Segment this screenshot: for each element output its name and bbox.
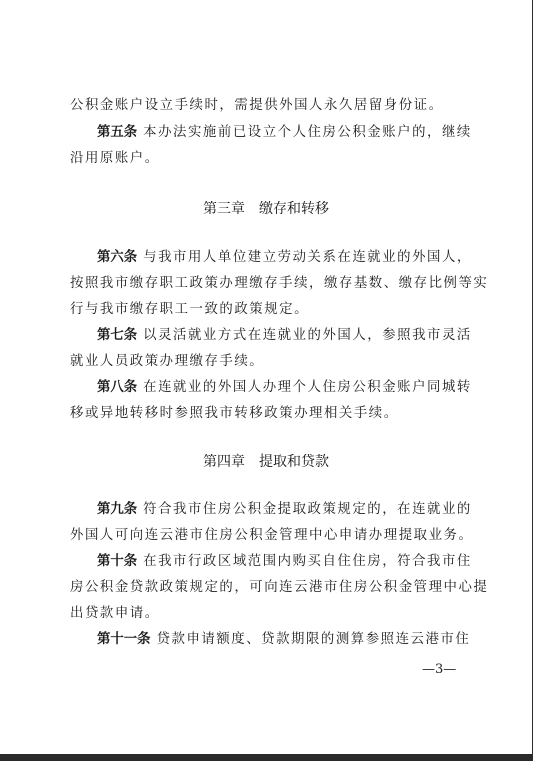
chapter-4-heading: 第四章提取和贷款 <box>0 453 532 471</box>
document-page: 公积金账户设立手续时，需提供外国人永久居留身份证。 第五条本办法实施前已设立个人… <box>0 0 532 754</box>
article-9-line-2: 外国人可向连云港市住房公积金管理中心申请办理提取业务。 <box>70 528 470 544</box>
article-10-line-2: 房公积金贷款政策规定的，可向连云港市住房公积金管理中心提 <box>70 580 470 596</box>
chapter-3-number: 第三章 <box>203 201 245 217</box>
page-number: —3— <box>422 662 456 677</box>
article-5-line-1: 第五条本办法实施前已设立个人住房公积金账户的，继续 <box>97 125 497 141</box>
article-10-line-3: 出贷款申请。 <box>70 606 470 622</box>
article-10-text: 在我市行政区域范围内购买自住住房，符合我市住 <box>143 554 472 569</box>
article-6-line-1: 第六条与我市用人单位建立劳动关系在连就业的外国人， <box>97 250 497 266</box>
chapter-3-title: 缴存和转移 <box>259 201 329 217</box>
chapter-4-number: 第四章 <box>203 454 245 470</box>
chapter-4-title: 提取和贷款 <box>259 454 329 470</box>
article-5-text: 本办法实施前已设立个人住房公积金账户的，继续 <box>143 125 472 140</box>
article-11-line-1: 第十一条贷款申请额度、贷款期限的测算参照连云港市住 <box>97 632 497 648</box>
article-7-line-1: 第七条以灵活就业方式在连就业的外国人，参照我市灵活 <box>97 328 497 344</box>
article-11-text: 贷款申请额度、贷款期限的测算参照连云港市住 <box>157 632 471 647</box>
article-10-label: 第十条 <box>97 554 137 569</box>
article-11-label: 第十一条 <box>97 632 151 647</box>
article-5-line-2: 沿用原账户。 <box>70 151 470 167</box>
article-9-text: 符合我市住房公积金提取政策规定的，在连就业的 <box>143 502 472 517</box>
article-6-line-2: 按照我市缴存职工政策办理缴存手续，缴存基数、缴存比例等实 <box>70 276 470 292</box>
article-8-text: 在连就业的外国人办理个人住房公积金账户同城转 <box>143 380 472 395</box>
article-10-line-1: 第十条在我市行政区域范围内购买自住住房，符合我市住 <box>97 554 497 570</box>
article-6-label: 第六条 <box>97 250 137 265</box>
article-9-line-1: 第九条符合我市住房公积金提取政策规定的，在连就业的 <box>97 502 497 518</box>
article-8-label: 第八条 <box>97 380 137 395</box>
article-9-label: 第九条 <box>97 502 137 517</box>
article-8-line-1: 第八条在连就业的外国人办理个人住房公积金账户同城转 <box>97 380 497 396</box>
article-7-line-2: 就业人员政策办理缴存手续。 <box>70 354 470 370</box>
article-6-line-3: 行与我市缴存职工一致的政策规定。 <box>70 302 470 318</box>
article-7-label: 第七条 <box>97 328 137 343</box>
text-line: 公积金账户设立手续时，需提供外国人永久居留身份证。 <box>70 98 470 114</box>
article-6-text: 与我市用人单位建立劳动关系在连就业的外国人， <box>143 250 472 265</box>
article-7-text: 以灵活就业方式在连就业的外国人，参照我市灵活 <box>143 328 472 343</box>
article-8-line-2: 移或异地转移时参照我市转移政策办理相关手续。 <box>70 406 470 422</box>
chapter-3-heading: 第三章缴存和转移 <box>0 200 532 218</box>
article-5-label: 第五条 <box>97 125 137 140</box>
